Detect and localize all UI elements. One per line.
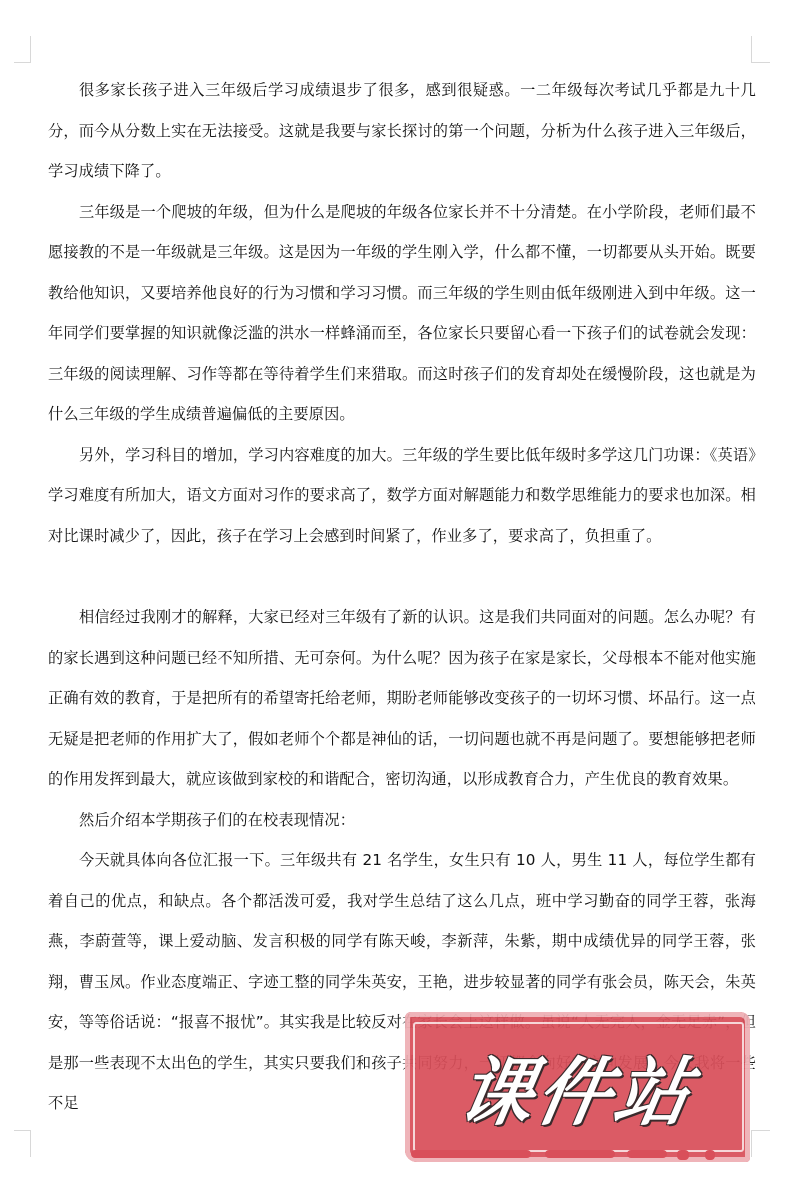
empty-paragraph (48, 556, 756, 597)
paragraph-2: 三年级是一个爬坡的年级，但为什么是爬坡的年级各位家长并不十分清楚。在小学阶段，老… (48, 192, 756, 435)
page-corner-mark-bottom-left (14, 1130, 31, 1157)
document-page: 很多家长孩子进入三年级后学习成绩退步了很多，感到很疑惑。一二年级每次考试几乎都是… (0, 0, 800, 1200)
page-corner-mark-top-left (14, 36, 31, 63)
paragraph-1: 很多家长孩子进入三年级后学习成绩退步了很多，感到很疑惑。一二年级每次考试几乎都是… (48, 70, 756, 192)
stamp-ink-splatter (405, 1150, 750, 1164)
paragraph-5: 然后介绍本学期孩子们的在校表现情况： (48, 800, 756, 841)
page-corner-mark-bottom-right (751, 1130, 770, 1157)
paragraph-6: 今天就具体向各位汇报一下。三年级共有 21 名学生，女生只有 10 人，男生 1… (48, 840, 756, 1124)
paragraph-3: 另外，学习科目的增加，学习内容难度的加大。三年级的学生要比低年级时多学这几门功课… (48, 435, 756, 557)
page-corner-mark-top-right (751, 36, 770, 63)
paragraph-4: 相信经过我刚才的解释，大家已经对三年级有了新的认识。这是我们共同面对的问题。怎么… (48, 597, 756, 800)
document-body: 很多家长孩子进入三年级后学习成绩退步了很多，感到很疑惑。一二年级每次考试几乎都是… (48, 70, 756, 1124)
